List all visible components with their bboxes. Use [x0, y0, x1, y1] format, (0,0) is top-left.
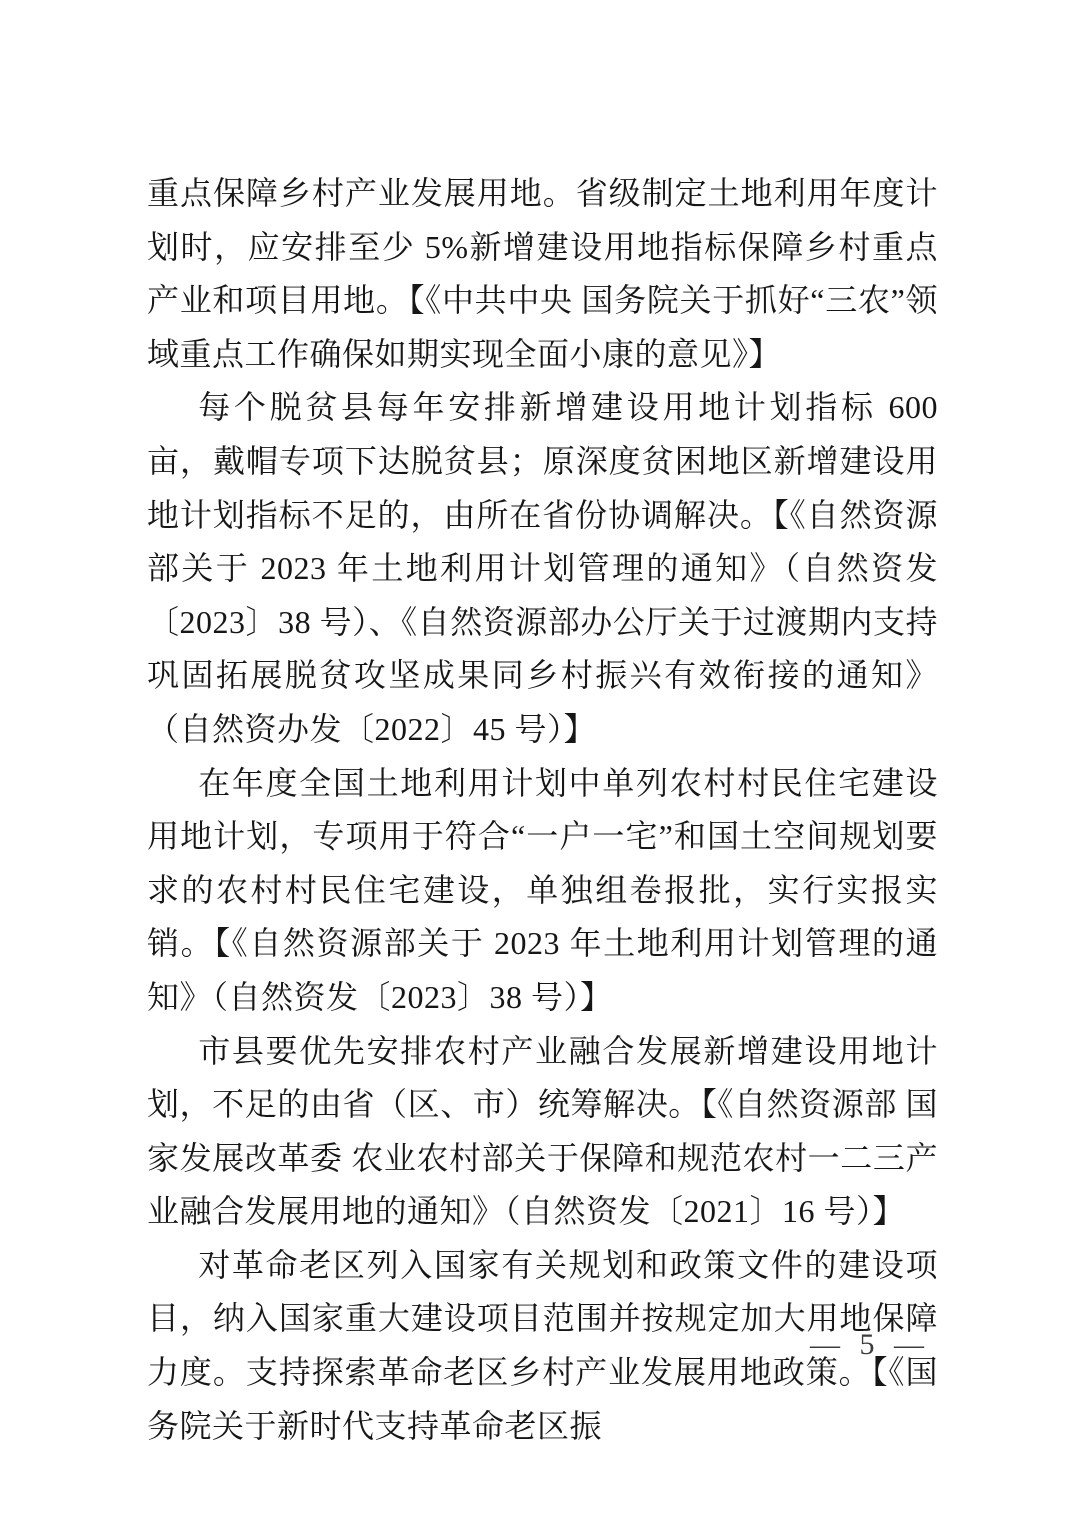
- document-body: 重点保障乡村产业发展用地。省级制定土地利用年度计划时，应安排至少 5%新增建设用…: [147, 167, 938, 1453]
- paragraph-industry-integration: 市县要优先安排农村产业融合发展新增建设用地计划，不足的由省（区、市）统筹解决。【…: [147, 1025, 938, 1239]
- document-page: 重点保障乡村产业发展用地。省级制定土地利用年度计划时，应安排至少 5%新增建设用…: [0, 0, 1080, 1527]
- paragraph-poverty-county-quota: 每个脱贫县每年安排新增建设用地计划指标 600 亩，戴帽专项下达脱贫县；原深度贫…: [147, 381, 938, 756]
- paragraph-continuation: 重点保障乡村产业发展用地。省级制定土地利用年度计划时，应安排至少 5%新增建设用…: [147, 167, 938, 381]
- page-number: — 5 —: [810, 1328, 930, 1361]
- page-footer: — 5 —: [810, 1328, 930, 1362]
- paragraph-rural-housing-plan: 在年度全国土地利用计划中单列农村村民住宅建设用地计划，专项用于符合“一户一宅”和…: [147, 757, 938, 1025]
